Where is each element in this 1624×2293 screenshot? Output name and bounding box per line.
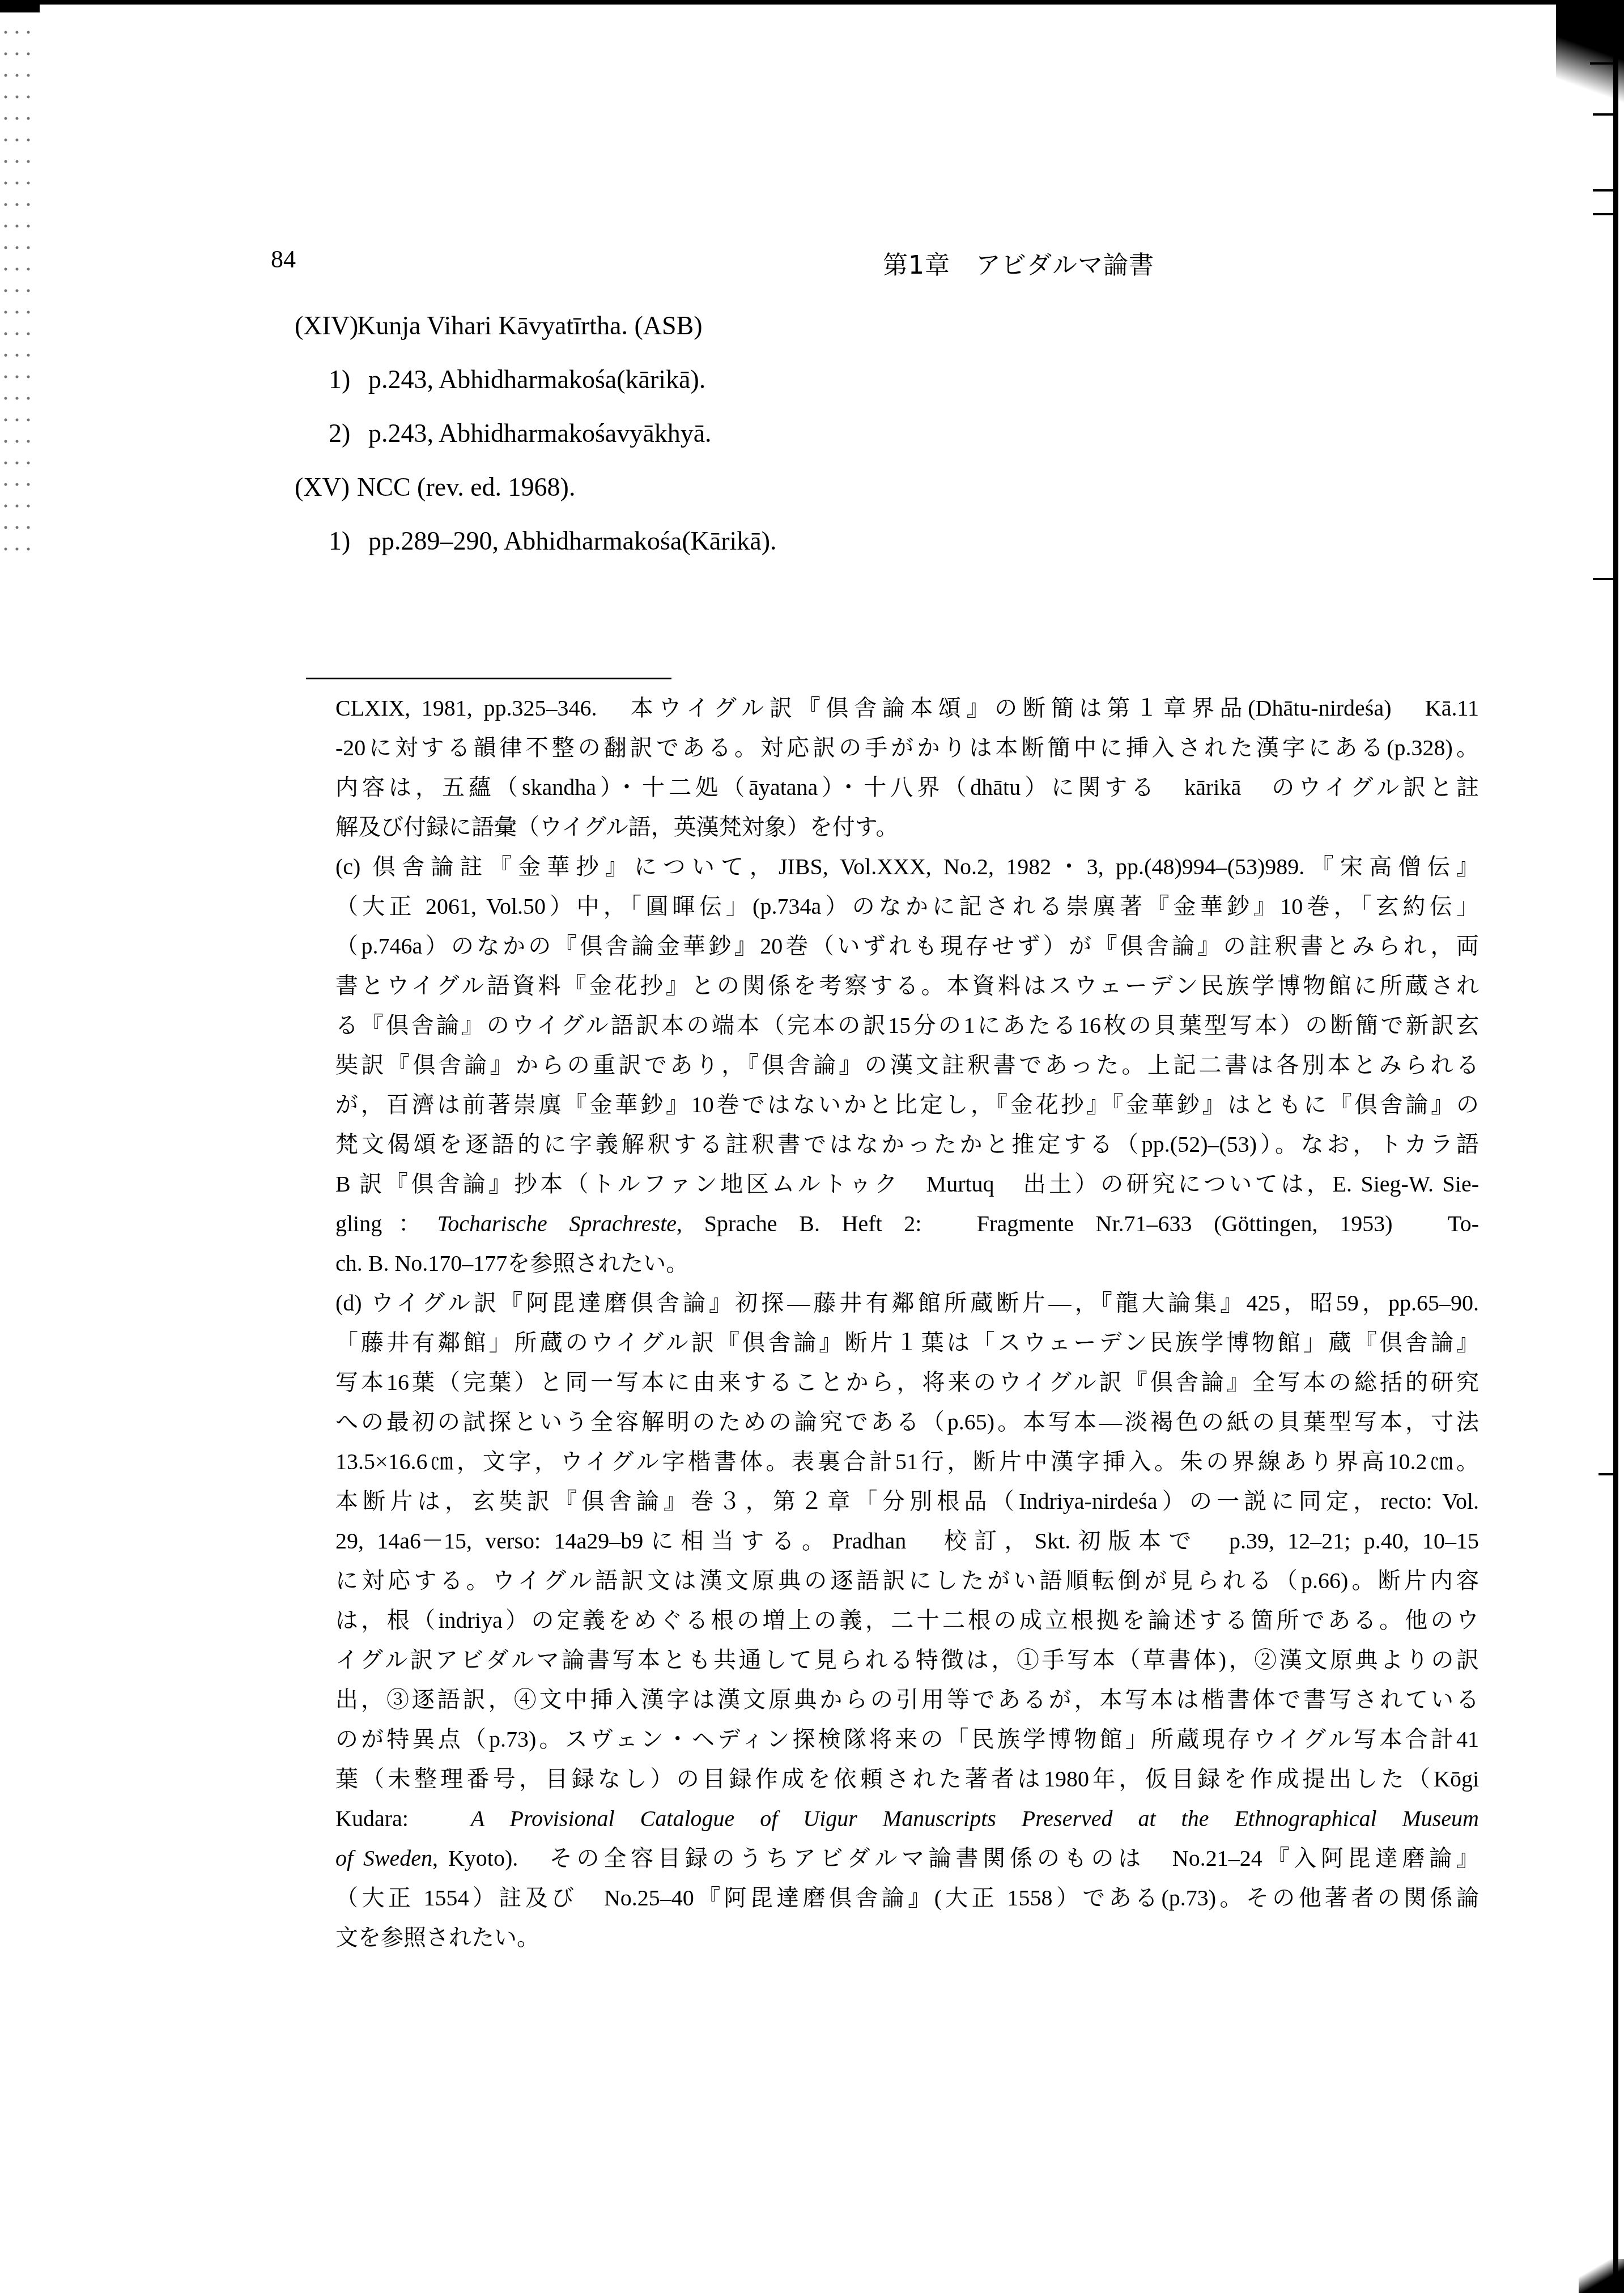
book-title: A Provisional Catalogue of Uigur Manuscr… [471, 1806, 1479, 1831]
footnote-line: る『倶舎論』のウイグル語訳本の端本（完本の訳15分の1にあたる16枚の貝葉型写本… [335, 1006, 1479, 1045]
entry-marker: (XV) [295, 467, 357, 507]
entry-xiv-1: 1)p.243, Abhidharmakośa(kārikā). [295, 360, 1258, 414]
footnote-line: に対応する。ウイグル語訳文は漢文原典の逐語訳にしたがい語順転倒が見られる（p.6… [335, 1561, 1479, 1601]
footnote-line: への最初の試探という全容解明のための論究である（p.65)。本写本―淡褐色の紙の… [335, 1402, 1479, 1442]
footnote-line: 文を参照されたい。 [335, 1918, 1479, 1958]
catalog-entries: (XIV)Kunja Vihari Kāvyatīrtha. (ASB) 1)p… [295, 306, 1258, 575]
footnote-text: , Sprache B. Heft 2: Fragmente Nr.71–633… [677, 1211, 1479, 1236]
scan-tick [1593, 578, 1618, 580]
footnote-line: B 訳『倶舎論』抄本（トルファン地区ムルトゥク Murtuq 出土）の研究につい… [335, 1164, 1479, 1204]
scan-border-right [1613, 11, 1618, 2278]
entry-marker: (XIV) [295, 306, 357, 346]
footnote-line: 奘訳『倶舎論』からの重訳であり，『倶舎論』の漢文註釈書であった。上記二書は各別本… [335, 1045, 1479, 1085]
footnote-rule [306, 678, 671, 679]
footnote-line: 「藤井有鄰館」所蔵のウイグル訳『倶舎論』断片１葉は「スウェーデン民族学博物館」蔵… [335, 1323, 1479, 1363]
footnote-line: 写本16葉（完葉）と同一写本に由来することから，将来のウイグル訳『倶舎論』全写本… [335, 1363, 1479, 1402]
footnote-line: 13.5×16.6㎝，文字，ウイグル字楷書体。表裏合計51行，断片中漢字挿入。朱… [335, 1442, 1479, 1482]
footnote-line: 出，③逐語訳，④文中挿入漢字は漢文原典からの引用等であるが，本写本は楷書体で書写… [335, 1680, 1479, 1720]
footnote-line: -20に対する韻律不整の翻訳である。対応訳の手がかりは本断簡中に挿入された漢字に… [335, 728, 1479, 768]
footnote-line: (d) ウイグル訳『阿毘達磨倶舎論』初探―藤井有鄰館所蔵断片―，『龍大論集』42… [335, 1283, 1479, 1323]
footnote-text: 倶舎論註『金華抄』について，JIBS, Vol.XXX, No.2, 1982・… [373, 854, 1479, 879]
chapter-title: 第1章 アビダルマ論書 [883, 245, 1154, 281]
footnote-line: のが特異点（p.73)。スヴェン・ヘディン探検隊将来の「民族学博物館」所蔵現存ウ… [335, 1720, 1479, 1759]
footnote-continuation: CLXIX, 1981, pp.325–346. 本ウイグル訳『倶舎論本頌』の断… [335, 688, 1479, 847]
footnote-c: (c) 倶舎論註『金華抄』について，JIBS, Vol.XXX, No.2, 1… [335, 847, 1479, 1283]
footnote-label: (c) [335, 854, 360, 879]
footnote-line: Kudara: A Provisional Catalogue of Uigur… [335, 1799, 1479, 1839]
footnote-line: 解及び付録に語彙（ウイグル語，英漢梵対象）を付す。 [335, 807, 1479, 847]
footnote-line: （大正 2061, Vol.50）中，「圓暉伝」(p.734a）のなかに記される… [335, 887, 1479, 926]
footnote-line: （大正 1554）註及び No.25–40『阿毘達磨倶舎論』(大正 1558）で… [335, 1878, 1479, 1918]
footnote-text: gling： [335, 1211, 437, 1236]
footnote-line: イグル訳アビダルマ論書写本とも共通して見られる特徴は，①手写本（草書体)，②漢文… [335, 1640, 1479, 1680]
entry-text: NCC (rev. ed. 1968). [357, 473, 575, 501]
book-title: Tocharische Sprachreste [437, 1211, 677, 1236]
scan-margin-marks-left [0, 0, 34, 567]
entry-marker: 1) [329, 521, 368, 561]
entry-marker: 2) [329, 414, 368, 453]
footnote-text: , Kyoto). その全容目録のうちアビダルマ論書関係のものは No.21–2… [432, 1845, 1479, 1871]
entry-xv: (XV)NCC (rev. ed. 1968). [295, 467, 1258, 521]
footnote-text: ウイグル訳『阿毘達磨倶舎論』初探―藤井有鄰館所蔵断片―，『龍大論集』425，昭5… [371, 1290, 1479, 1316]
entry-xv-1: 1)pp.289–290, Abhidharmakośa(Kārikā). [295, 521, 1258, 575]
footnote-line: gling：Tocharische Sprachreste, Sprache B… [335, 1204, 1479, 1244]
footnote-line: of Sweden, Kyoto). その全容目録のうちアビダルマ論書関係のもの… [335, 1839, 1479, 1878]
footnote-line: ch. B. No.170–177を参照されたい。 [335, 1244, 1479, 1283]
footnote-line: は，根（indriya）の定義をめぐる根の増上の義，二十二根の成立根拠を論述する… [335, 1601, 1479, 1640]
footnote-line: 29, 14a6－15, verso: 14a29–b9に相当する。Pradha… [335, 1521, 1479, 1561]
scan-tick [1593, 213, 1618, 215]
footnote-line: （p.746a）のなかの『倶舎論金華鈔』20巻（いずれも現存せず）が『倶舎論』の… [335, 926, 1479, 966]
footnotes: CLXIX, 1981, pp.325–346. 本ウイグル訳『倶舎論本頌』の断… [335, 688, 1479, 1958]
entry-xiv-2: 2)p.243, Abhidharmakośavyākhyā. [295, 414, 1258, 467]
scan-tick [1593, 36, 1618, 38]
footnote-line: CLXIX, 1981, pp.325–346. 本ウイグル訳『倶舎論本頌』の断… [335, 688, 1479, 728]
footnote-line: (c) 倶舎論註『金華抄』について，JIBS, Vol.XXX, No.2, 1… [335, 847, 1479, 887]
book-title: of Sweden [335, 1845, 432, 1871]
running-head: 84 第1章 アビダルマ論書 [271, 245, 1483, 279]
footnote-line: 本断片は，玄奘訳『倶舎論』巻３，第２章「分別根品（Indriya-nirdeśa… [335, 1482, 1479, 1521]
page-number: 84 [271, 245, 296, 274]
footnote-text: Kudara: [335, 1806, 471, 1831]
footnote-d: (d) ウイグル訳『阿毘達磨倶舎論』初探―藤井有鄰館所蔵断片―，『龍大論集』42… [335, 1283, 1479, 1958]
entry-text: pp.289–290, Abhidharmakośa(Kārikā). [368, 526, 777, 555]
footnote-line: が，百濟は前著崇廙『金華鈔』10巻ではないかと比定し，『金花抄』『金華鈔』はとも… [335, 1085, 1479, 1125]
entry-text: Kunja Vihari Kāvyatīrtha. (ASB) [357, 311, 703, 340]
scan-tick [1590, 62, 1618, 65]
footnote-line: 葉（未整理番号，目録なし）の目録作成を依頼された著者は1980年，仮目録を作成提… [335, 1759, 1479, 1799]
scan-border-top [0, 0, 1624, 5]
entry-text: p.243, Abhidharmakośa(kārikā). [368, 365, 705, 394]
scan-corner-bottom-right [1579, 2259, 1624, 2293]
entry-xiv: (XIV)Kunja Vihari Kāvyatīrtha. (ASB) [295, 306, 1258, 360]
footnote-line: 梵文偈頌を逐語的に字義解釈する註釈書ではなかったかと推定する（pp.(52)–(… [335, 1125, 1479, 1164]
scan-tick [1593, 113, 1618, 116]
footnote-line: 書とウイグル語資料『金花抄』との関係を考察する。本資料はスウェーデン民族学博物館… [335, 966, 1479, 1006]
entry-marker: 1) [329, 360, 368, 399]
entry-text: p.243, Abhidharmakośavyākhyā. [368, 419, 712, 448]
scan-tick [1599, 1473, 1618, 1475]
footnote-label: (d) [335, 1290, 362, 1316]
footnote-line: 内容は，五蘊（skandha）・十二処（āyatana）・十八界（dhātu）に… [335, 768, 1479, 807]
scan-tick [1593, 189, 1618, 192]
